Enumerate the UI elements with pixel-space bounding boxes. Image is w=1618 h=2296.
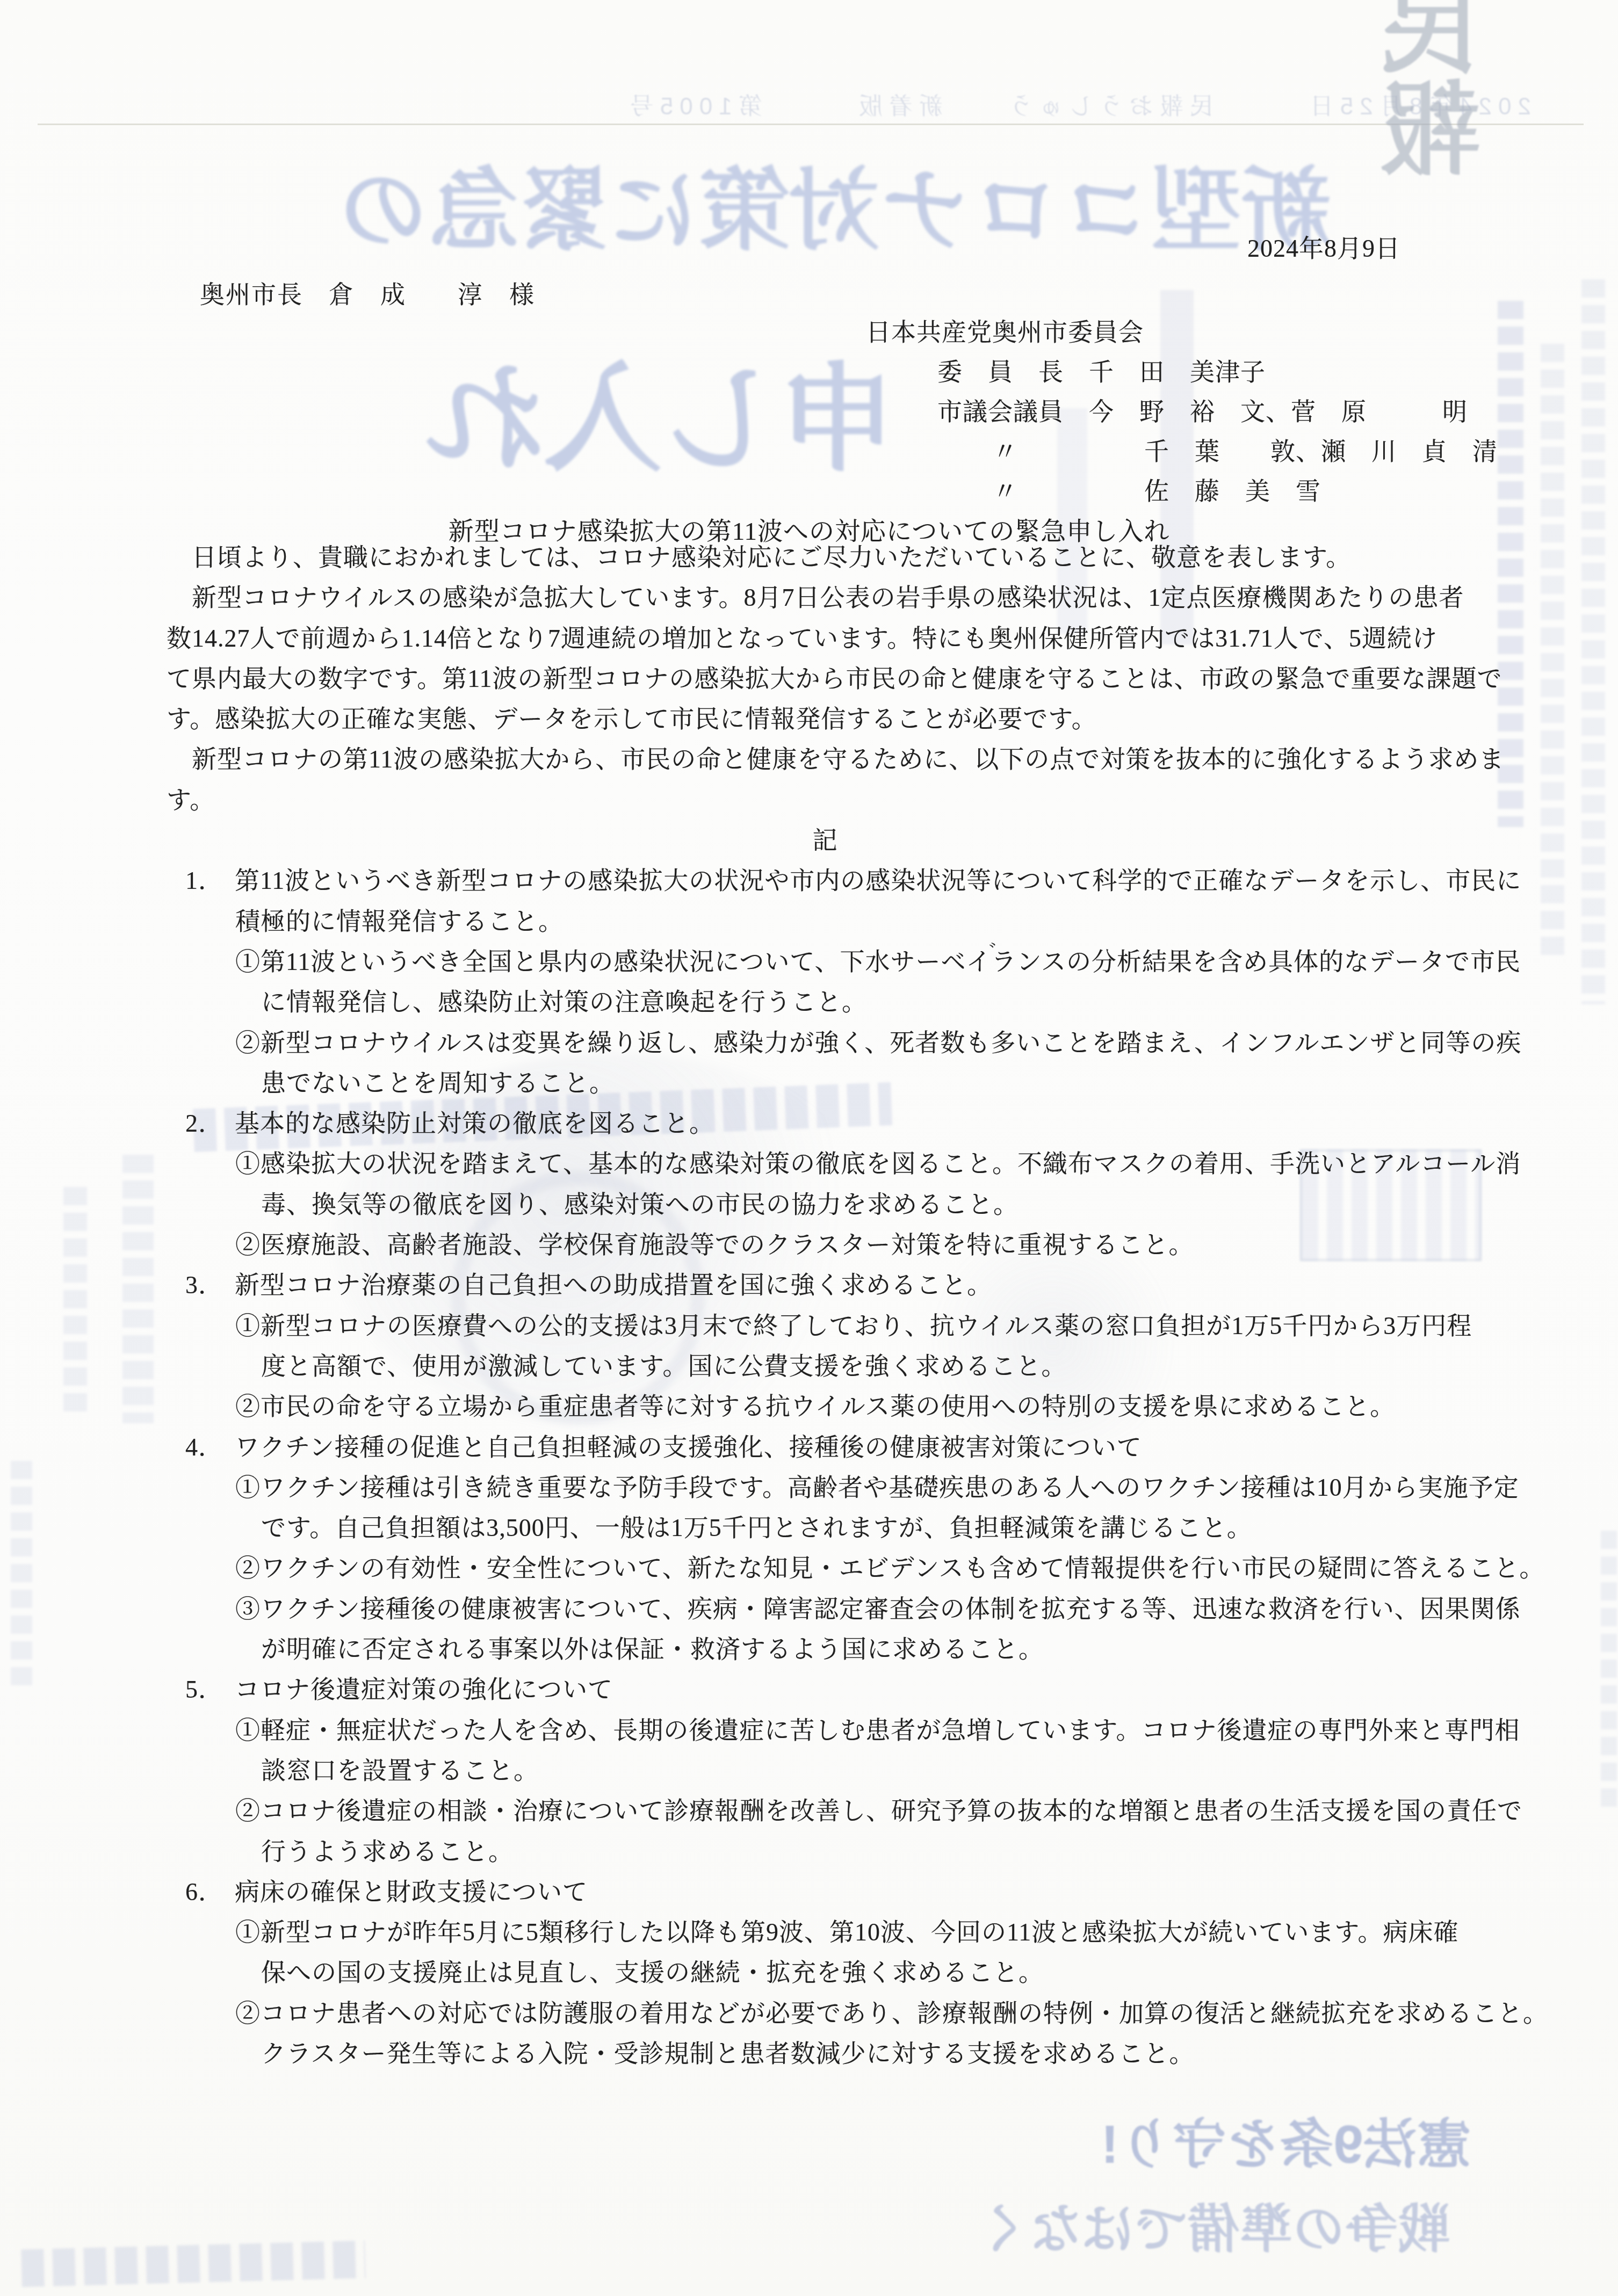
line-text: クラスター発生等による入院・受診規制と患者数減少に対する支援を求めること。 bbox=[261, 2040, 1195, 2067]
list-item-line: 2．基本的な感染防止対策の徹底を図ること。 bbox=[167, 1103, 1484, 1143]
body-line: す。感染拡大の正確な実態、データを示して市民に情報発信することが必要です。 bbox=[167, 699, 1484, 739]
line-text: です。自己負担額は3,500円、一般は1万5千円とされますが、負担軽減策を講じる… bbox=[261, 1514, 1252, 1541]
ghost-smudge bbox=[21, 2241, 366, 2287]
list-item-line: 5．コロナ後遺症対策の強化について bbox=[167, 1669, 1484, 1710]
letter-date: 2024年8月9日 bbox=[1247, 229, 1400, 264]
ghost-headline-line1-mirrored: 新型コロナ対策に緊急の bbox=[450, 139, 1331, 268]
body-line: 毒、換気等の徹底を図り、感染対策への市民の協力を求めること。 bbox=[167, 1184, 1484, 1225]
body-line: ③ワクチン接種後の健康被害について、疾病・障害認定審査会の体制を拡充する等、迅速… bbox=[167, 1589, 1484, 1629]
line-text: ①新型コロナが昨年5月に5類移行した以降も第9波、第10波、今回の11波と感染拡… bbox=[235, 1918, 1459, 1946]
sender-member: 市議会議員 今 野 裕 文、菅 原 明 bbox=[937, 392, 1468, 428]
body-line: 数14.27人で前週から1.14倍となり7週連続の増加となっています。特にも奥州… bbox=[167, 618, 1484, 658]
line-text: す。感染拡大の正確な実態、データを示して市民に情報発信することが必要です。 bbox=[167, 705, 1097, 733]
line-text: 談窓口を設置すること。 bbox=[261, 1757, 539, 1784]
letter-body: 日頃より、貴職におかれましては、コロナ感染対応にご尽力いただいていることに、敬意… bbox=[167, 537, 1484, 2074]
line-text: 日頃より、貴職におかれましては、コロナ感染対応にご尽力いただいていることに、敬意… bbox=[192, 544, 1351, 571]
ghost-masthead-mirrored: 2024年8月25日 民報おうしゅう 新着版 第1005号 bbox=[54, 87, 1531, 121]
line-text: 新型コロナの第11波の感染拡大から、市民の命と健康を守るために、以下の点で対策を… bbox=[192, 745, 1504, 773]
body-line: です。自己負担額は3,500円、一般は1万5千円とされますが、負担軽減策を講じる… bbox=[167, 1508, 1484, 1548]
sender-member: 〃 佐 藤 美 雪 bbox=[993, 472, 1321, 507]
line-text: ③ワクチン接種後の健康被害について、疾病・障害認定審査会の体制を拡充する等、迅速… bbox=[235, 1595, 1521, 1623]
line-text: ②医療施設、高齢者施設、学校保育施設等でのクラスター対策を特に重視すること。 bbox=[235, 1231, 1194, 1258]
sender-organization: 日本共産党奥州市委員会 bbox=[866, 313, 1144, 348]
body-line: ②医療施設、高齢者施設、学校保育施設等でのクラスター対策を特に重視すること。 bbox=[167, 1225, 1484, 1265]
item-number: 6． bbox=[185, 1872, 235, 1912]
ghost-rule-line bbox=[38, 124, 1584, 125]
line-text: 患でないことを周知すること。 bbox=[261, 1069, 615, 1097]
sender-member: 委 員 長 千 田 美津子 bbox=[937, 352, 1266, 388]
body-line: ①新型コロナの医療費への公的支援は3月末で終了しており、抗ウイルス薬の窓口負担が… bbox=[167, 1306, 1484, 1346]
addressee-line: 奥州市長 倉 成 淳 様 bbox=[200, 275, 535, 310]
line-text: ②ワクチンの有効性・安全性について、新たな知見・エビデンスも含めて情報提供を行い… bbox=[235, 1554, 1545, 1582]
body-line: ②市民の命を守る立場から重症患者等に対する抗ウイルス薬の使用への特別の支援を県に… bbox=[167, 1386, 1484, 1426]
line-text: 積極的に情報発信すること。 bbox=[235, 908, 564, 935]
ghost-slogan-line2-mirrored: 戦争の準備ではなく bbox=[967, 2187, 1450, 2263]
body-line: 新型コロナの第11波の感染拡大から、市民の命と健康を守るために、以下の点で対策を… bbox=[167, 739, 1484, 779]
body-line: ②新型コロナウイルスは変異を繰り返し、感染力が強く、死者数も多いことを踏まえ、イ… bbox=[167, 1023, 1484, 1063]
line-text: す。 bbox=[167, 786, 215, 814]
line-text: 数14.27人で前週から1.14倍となり7週連続の増加となっています。特にも奥州… bbox=[167, 625, 1438, 652]
body-line: 度と高額で、使用が激減しています。国に公費支援を強く求めること。 bbox=[167, 1346, 1484, 1386]
line-text: ①第11波というべき全国と県内の感染状況について、下水サーベイランスの分析結果を… bbox=[235, 948, 1521, 975]
line-text: に情報発信し、感染防止対策の注意喚起を行うこと。 bbox=[261, 988, 867, 1016]
body-line: 積極的に情報発信すること。 bbox=[167, 901, 1484, 941]
ghost-smudge bbox=[63, 1187, 87, 1418]
body-line: ②コロナ後遺症の相談・治療について診療報酬を改善し、研究予算の抜本的な増額と患者… bbox=[167, 1791, 1484, 1831]
line-text: ②市民の命を守る立場から重症患者等に対する抗ウイルス薬の使用への特別の支援を県に… bbox=[235, 1393, 1395, 1420]
body-line: 患でないことを周知すること。 bbox=[167, 1063, 1484, 1103]
line-text: ②コロナ後遺症の相談・治療について診療報酬を改善し、研究予算の抜本的な増額と患者… bbox=[235, 1797, 1522, 1824]
line-text: ①感染拡大の状況を踏まえて、基本的な感染対策の徹底を図ること。不織布マスクの着用… bbox=[235, 1150, 1521, 1177]
body-line: 行うよう求めること。 bbox=[167, 1831, 1484, 1872]
item-number: 5． bbox=[185, 1669, 235, 1710]
body-line: ①新型コロナが昨年5月に5類移行した以降も第9波、第10波、今回の11波と感染拡… bbox=[167, 1912, 1484, 1952]
body-line: ①感染拡大の状況を踏まえて、基本的な感染対策の徹底を図ること。不織布マスクの着用… bbox=[167, 1143, 1484, 1184]
line-text: ①新型コロナの医療費への公的支援は3月末で終了しており、抗ウイルス薬の窓口負担が… bbox=[235, 1312, 1472, 1339]
ghost-smudge bbox=[122, 1155, 154, 1423]
ghost-smudge bbox=[1581, 279, 1605, 1004]
body-line: ②ワクチンの有効性・安全性について、新たな知見・エビデンスも含めて情報提供を行い… bbox=[167, 1548, 1484, 1588]
body-line: す。 bbox=[167, 780, 1484, 820]
body-line: ①軽症・無症状だった人を含め、長期の後遺症に苦しむ患者が急増しています。コロナ後… bbox=[167, 1710, 1484, 1750]
ghost-headline-line2-mirrored: 申し入れ bbox=[370, 325, 896, 494]
body-line: に情報発信し、感染防止対策の注意喚起を行うこと。 bbox=[167, 982, 1484, 1022]
body-line: て県内最大の数字です。第11波の新型コロナの感染拡大から市民の命と健康を守ること… bbox=[167, 658, 1484, 699]
item-number: 1． bbox=[185, 860, 235, 901]
line-text: 第11波というべき新型コロナの感染拡大の状況や市内の感染状況等について科学的で正… bbox=[235, 867, 1521, 894]
body-line: 談窓口を設置すること。 bbox=[167, 1750, 1484, 1791]
body-line: 日頃より、貴職におかれましては、コロナ感染対応にご尽力いただいていることに、敬意… bbox=[167, 537, 1484, 577]
body-line: クラスター発生等による入院・受診規制と患者数減少に対する支援を求めること。 bbox=[167, 2033, 1484, 2074]
body-line: 保への国の支援廃止は見直し、支援の継続・拡充を強く求めること。 bbox=[167, 1952, 1484, 1993]
line-text: ②新型コロナウイルスは変異を繰り返し、感染力が強く、死者数も多いことを踏まえ、イ… bbox=[235, 1029, 1521, 1056]
line-text: ワクチン接種の促進と自己負担軽減の支援強化、接種後の健康被害対策について bbox=[235, 1433, 1142, 1461]
line-text: ①軽症・無症状だった人を含め、長期の後遺症に苦しむ患者が急増しています。コロナ後… bbox=[235, 1716, 1520, 1744]
line-text: コロナ後遺症対策の強化について bbox=[235, 1676, 613, 1703]
ghost-minpo-logo-mirrored: 民報 bbox=[1385, 0, 1492, 201]
scanned-letter-page: 2024年8月25日 民報おうしゅう 新着版 第1005号 新型コロナ対策に緊急… bbox=[0, 0, 1618, 2296]
ghost-smudge bbox=[1601, 1531, 1617, 1810]
body-line: が明確に否定される事案以外は保証・救済するよう国に求めること。 bbox=[167, 1629, 1484, 1669]
line-text: 新型コロナウイルスの感染が急拡大しています。8月7日公表の岩手県の感染状況は、1… bbox=[192, 584, 1464, 611]
item-number: 3． bbox=[185, 1265, 235, 1305]
ghost-smudge bbox=[1541, 344, 1564, 961]
line-text: 毒、換気等の徹底を図り、感染対策への市民の協力を求めること。 bbox=[261, 1191, 1019, 1218]
list-item-line: 4．ワクチン接種の促進と自己負担軽減の支援強化、接種後の健康被害対策について bbox=[167, 1427, 1484, 1467]
line-text: が明確に否定される事案以外は保証・救済するよう国に求めること。 bbox=[261, 1635, 1044, 1663]
list-item-line: 1．第11波というべき新型コロナの感染拡大の状況や市内の感染状況等について科学的… bbox=[167, 860, 1484, 901]
line-text: 基本的な感染防止対策の徹底を図ること。 bbox=[235, 1110, 714, 1137]
line-text: 度と高額で、使用が激減しています。国に公費支援を強く求めること。 bbox=[261, 1352, 1066, 1380]
body-line: ①第11波というべき全国と県内の感染状況について、下水サーベイランスの分析結果を… bbox=[167, 941, 1484, 982]
item-number: 4． bbox=[185, 1427, 235, 1467]
line-text: 記 bbox=[813, 827, 838, 854]
line-text: て県内最大の数字です。第11波の新型コロナの感染拡大から市民の命と健康を守ること… bbox=[167, 665, 1503, 692]
body-line: 記 bbox=[167, 820, 1484, 860]
line-text: ①ワクチン接種は引き続き重要な予防手段です。高齢者や基礎疾患のある人へのワクチン… bbox=[235, 1474, 1519, 1501]
item-number: 2． bbox=[185, 1103, 235, 1143]
list-item-line: 6．病床の確保と財政支援について bbox=[167, 1872, 1484, 1912]
body-line: 新型コロナウイルスの感染が急拡大しています。8月7日公表の岩手県の感染状況は、1… bbox=[167, 577, 1484, 618]
list-item-line: 3．新型コロナ治療薬の自己負担への助成措置を国に強く求めること。 bbox=[167, 1265, 1484, 1305]
line-text: ②コロナ患者への対応では防護服の着用などが必要であり、診療報酬の特例・加算の復活… bbox=[235, 2000, 1548, 2027]
ghost-slogan-line1-mirrored: 憲法9条を守り! bbox=[1100, 2101, 1471, 2178]
body-line: ①ワクチン接種は引き続き重要な予防手段です。高齢者や基礎疾患のある人へのワクチン… bbox=[167, 1467, 1484, 1508]
line-text: 保への国の支援廃止は見直し、支援の継続・拡充を強く求めること。 bbox=[261, 1959, 1044, 1986]
sender-member: 〃 千 葉 敦、瀬 川 貞 清 bbox=[993, 432, 1498, 467]
line-text: 行うよう求めること。 bbox=[261, 1838, 514, 1865]
ghost-smudge bbox=[11, 1461, 32, 1686]
line-text: 新型コロナ治療薬の自己負担への助成措置を国に強く求めること。 bbox=[235, 1271, 992, 1299]
body-line: ②コロナ患者への対応では防護服の着用などが必要であり、診療報酬の特例・加算の復活… bbox=[167, 1993, 1484, 2033]
line-text: 病床の確保と財政支援について bbox=[235, 1878, 588, 1906]
